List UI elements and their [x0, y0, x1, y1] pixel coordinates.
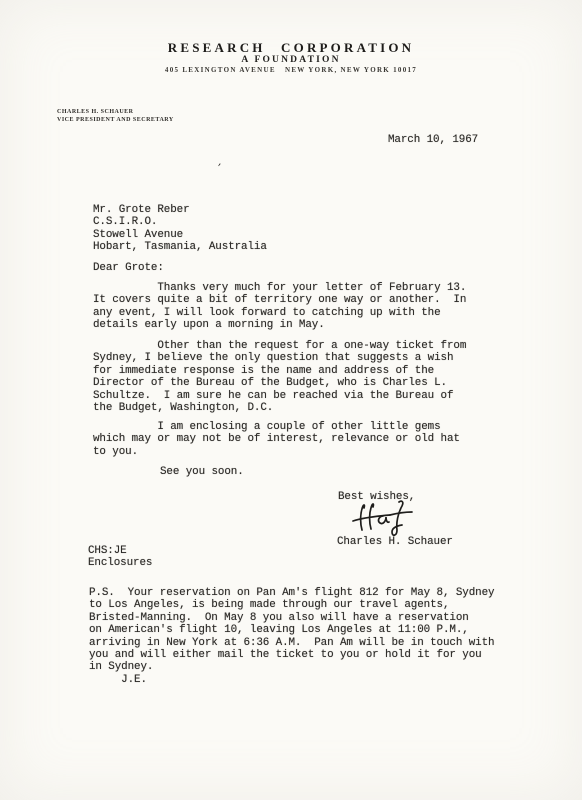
letterhead-subtitle: A FOUNDATION — [0, 55, 582, 65]
recipient-address-block: Mr. Grote Reber C.S.I.R.O. Stowell Avenu… — [93, 204, 267, 254]
letter-date: March 10, 1967 — [388, 134, 478, 146]
scan-stray-mark: ’ — [215, 162, 223, 173]
signed-name: Charles H. Schauer — [337, 536, 453, 548]
postscript-block: P.S. Your reservation on Pan Am's flight… — [89, 587, 494, 686]
body-paragraph-3: I am enclosing a couple of other little … — [93, 421, 460, 458]
reference-initials-block: CHS:JE Enclosures — [88, 545, 152, 570]
body-paragraph-2: Other than the request for a one-way tic… — [93, 340, 466, 414]
salutation: Dear Grote: — [93, 262, 164, 274]
body-paragraph-1: Thanks very much for your letter of Febr… — [93, 282, 466, 332]
letterhead-address: 405 LEXINGTON AVENUE NEW YORK, NEW YORK … — [0, 66, 582, 74]
letterhead-company-name: RESEARCH CORPORATION — [0, 40, 582, 56]
letterhead-officer-block: CHARLES H. SCHAUER VICE PRESIDENT AND SE… — [57, 108, 174, 124]
letter-page: RESEARCH CORPORATION A FOUNDATION 405 LE… — [0, 0, 582, 800]
closing-line: See you soon. — [160, 466, 244, 478]
handwritten-signature — [350, 499, 416, 541]
